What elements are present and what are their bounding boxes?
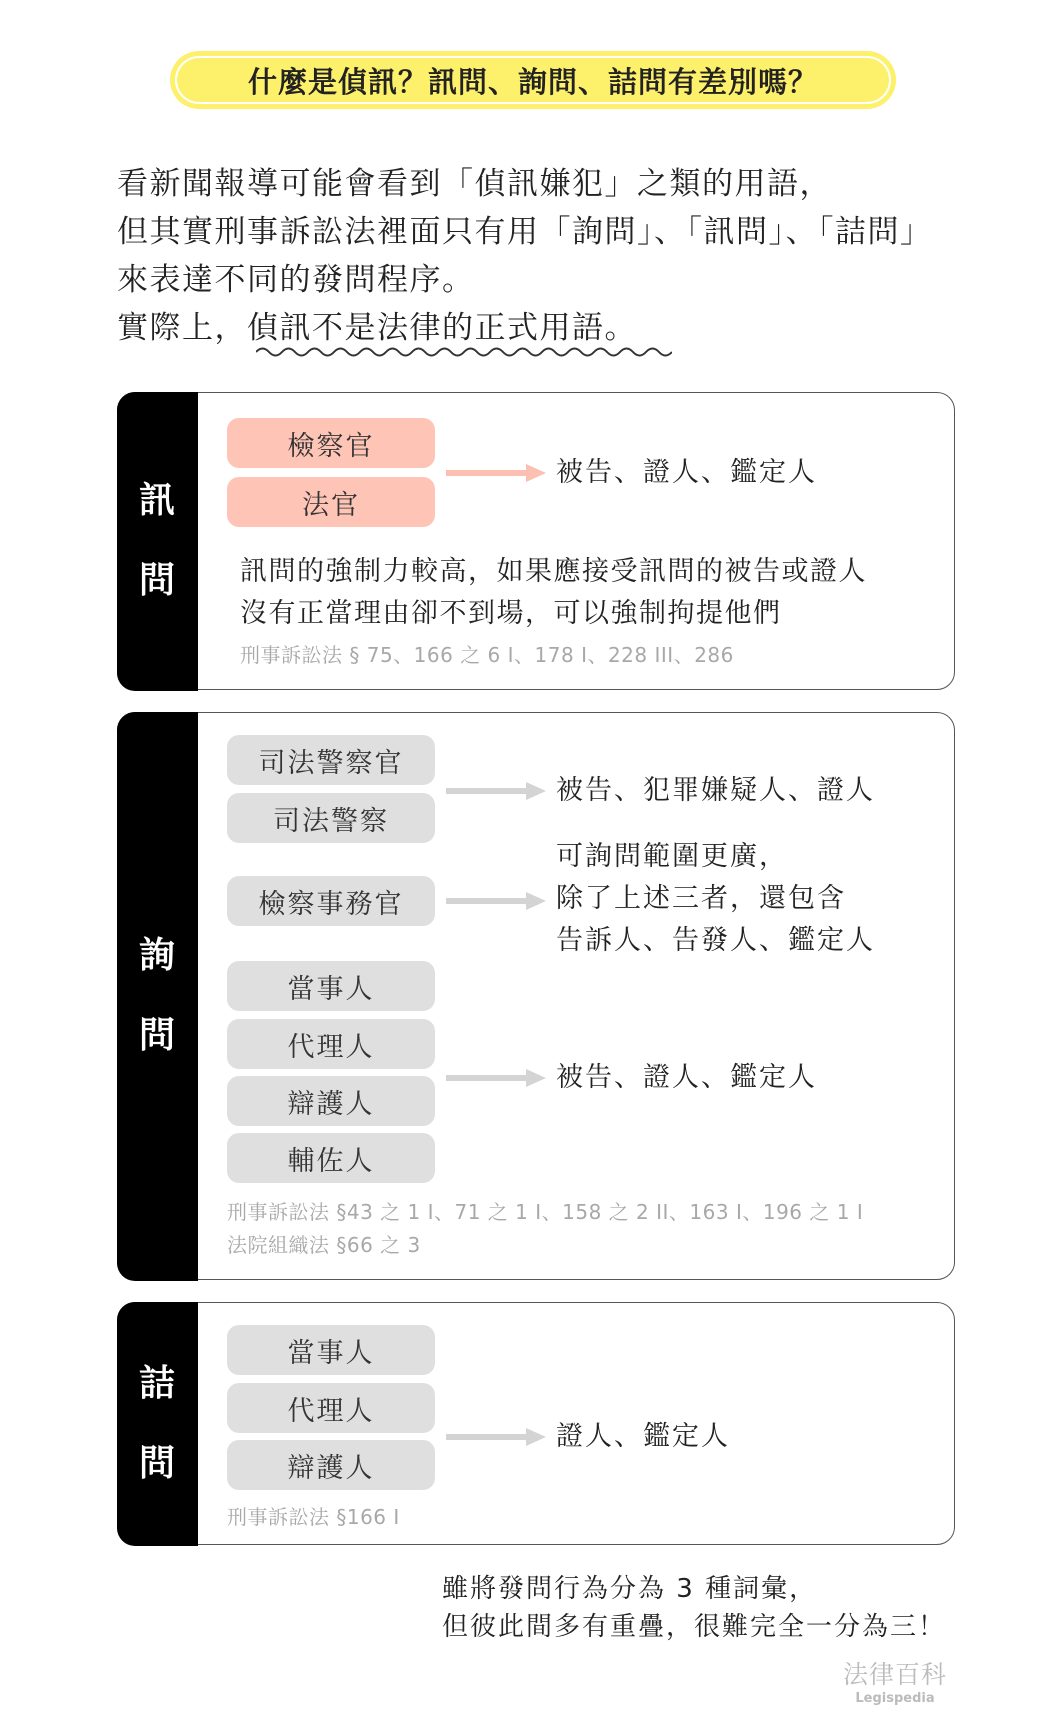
legal-reference: 法院組織法 §66 之 3: [227, 1229, 421, 1262]
asker-pill: 檢察官: [227, 418, 435, 468]
intro-prefix: 實際上，: [117, 310, 247, 346]
label-char: 詰: [139, 1364, 175, 1404]
intro-line: 但其實刑事訴訟法裡面只有用「詢問」、「訊問」、「詰問」: [117, 208, 933, 256]
intro-paragraph: 看新聞報導可能會看到「偵訊嫌犯」之類的用語， 但其實刑事訴訟法裡面只有用「詢問」…: [117, 160, 933, 352]
footer-note: 雖將發問行為分為 3 種詞彙， 但彼此間多有重疊，很難完全一分為三！: [442, 1570, 946, 1646]
label-char: 問: [139, 561, 175, 601]
arrow-right-icon: [446, 782, 546, 800]
intro-line: 看新聞報導可能會看到「偵訊嫌犯」之類的用語，: [117, 160, 933, 208]
arrow-right-icon: [446, 1069, 546, 1087]
asker-pill: 代理人: [227, 1383, 435, 1433]
asker-pill: 檢察事務官: [227, 876, 435, 926]
arrow-right-icon: [446, 464, 546, 482]
target-text: 被告、犯罪嫌疑人、證人: [556, 771, 875, 811]
asker-pill: 法官: [227, 477, 435, 527]
section-label: 訊 問: [117, 392, 198, 691]
target-text: 告訴人、告發人、鑑定人: [556, 921, 875, 961]
brand-name-en: Legispedia: [830, 1690, 960, 1708]
title-banner: 什麼是偵訊？訊問、詢問、詰問有差別嗎？: [170, 51, 896, 109]
wavy-underline: [256, 345, 672, 359]
target-text: 被告、證人、鑑定人: [556, 1058, 817, 1098]
section-xunwen-inquiry: 詢 問 司法警察官 司法警察 被告、犯罪嫌疑人、證人 檢察事務官 可詢問範圍更廣…: [117, 712, 955, 1280]
asker-pill: 司法警察官: [227, 735, 435, 785]
asker-pill: 輔佐人: [227, 1133, 435, 1183]
asker-pill: 辯護人: [227, 1440, 435, 1490]
target-text: 除了上述三者，還包含: [556, 879, 846, 919]
label-char: 訊: [139, 481, 175, 521]
page-title: 什麼是偵訊？訊問、詢問、詰問有差別嗎？: [248, 60, 818, 101]
legal-reference: 刑事訴訟法 §166 I: [227, 1501, 400, 1534]
label-char: 問: [139, 1016, 175, 1056]
arrow-right-icon: [446, 1428, 546, 1446]
target-text: 可詢問範圍更廣，: [556, 837, 788, 877]
legal-reference: 刑事訴訟法 § 75、166 之 6 I、178 I、228 III、286: [240, 639, 734, 672]
target-text: 被告、證人、鑑定人: [556, 453, 817, 493]
asker-pill: 當事人: [227, 961, 435, 1011]
asker-pill: 代理人: [227, 1019, 435, 1069]
intro-suffix: 。: [605, 310, 638, 346]
description-line: 沒有正當理由卻不到場，可以強制拘提他們: [240, 593, 782, 635]
target-text: 證人、鑑定人: [556, 1417, 730, 1457]
footer-note-line: 雖將發問行為分為 3 種詞彙，: [442, 1570, 946, 1608]
intro-emphasis: 偵訊不是法律的正式用語: [247, 310, 605, 346]
intro-line: 來表達不同的發問程序。: [117, 256, 933, 304]
section-label: 詢 問: [117, 712, 198, 1281]
label-char: 問: [139, 1444, 175, 1484]
section-label: 詰 問: [117, 1302, 198, 1546]
legal-reference: 刑事訴訟法 §43 之 1 I、71 之 1 I、158 之 2 II、163 …: [227, 1196, 863, 1229]
section-jiewen: 詰 問 當事人 代理人 辯護人 證人、鑑定人 刑事訴訟法 §166 I: [117, 1302, 955, 1545]
section-xunwen: 訊 問 檢察官 法官 被告、證人、鑑定人 訊問的強制力較高，如果應接受訊問的被告…: [117, 392, 955, 690]
footer-note-line: 但彼此間多有重疊，很難完全一分為三！: [442, 1608, 946, 1646]
brand-name-zh: 法律百科: [830, 1660, 960, 1690]
brand-logo: 法律百科 Legispedia: [830, 1660, 960, 1708]
asker-pill: 當事人: [227, 1325, 435, 1375]
asker-pill: 辯護人: [227, 1076, 435, 1126]
asker-pill: 司法警察: [227, 793, 435, 843]
arrow-right-icon: [446, 892, 546, 910]
label-char: 詢: [139, 936, 175, 976]
description-line: 訊問的強制力較高，如果應接受訊問的被告或證人: [240, 551, 867, 593]
